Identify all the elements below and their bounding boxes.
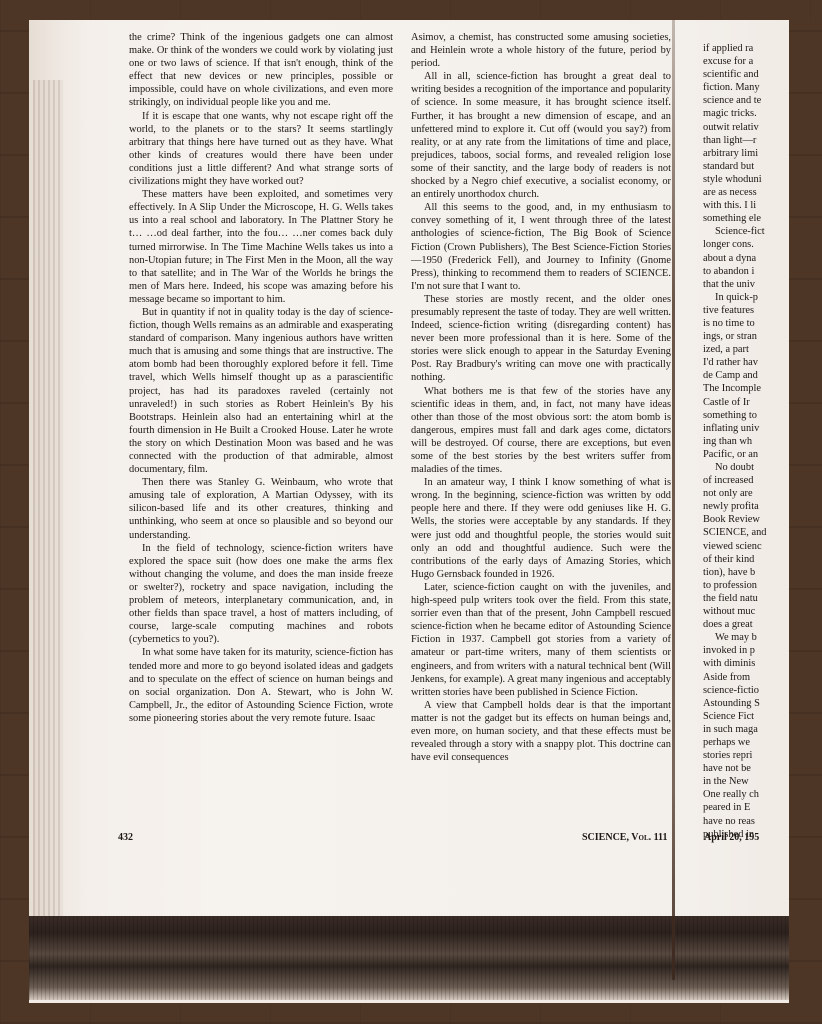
text-line: Pacific, or an <box>703 448 793 461</box>
text-line: that the univ <box>703 278 793 291</box>
text-line: In quick-p <box>703 291 793 304</box>
journal-running-foot: SCIENCE, Vol. 111 <box>582 832 668 843</box>
text-line: magic tricks. <box>703 107 793 120</box>
text-line: about a dyna <box>703 252 793 265</box>
text-line: The Incomple <box>703 382 793 395</box>
text-line: the field natu <box>703 592 793 605</box>
paragraph: What bothers me is that few of the stori… <box>411 385 671 477</box>
paragraph: All in all, science-fiction has brought … <box>411 70 671 201</box>
issue-date: April 20, 195 <box>704 832 759 843</box>
paragraph: Asimov, a chemist, has constructed some … <box>411 31 671 70</box>
paragraph: These matters have been exploited, and s… <box>129 188 393 306</box>
text-line: standard but <box>703 160 793 173</box>
paragraph: the crime? Think of the ingenious gadget… <box>129 31 393 110</box>
text-line: does a great <box>703 618 793 631</box>
paragraph: These stories are mostly recent, and the… <box>411 293 671 385</box>
text-line: not only are <box>703 487 793 500</box>
text-line: outwit relativ <box>703 121 793 134</box>
text-line: peared in E <box>703 801 793 814</box>
text-line: We may b <box>703 631 793 644</box>
paragraph: A view that Campbell holds dear is that … <box>411 699 671 764</box>
paragraph: In the field of technology, science-fict… <box>129 542 393 647</box>
text-line: tive features <box>703 304 793 317</box>
text-line: are as necess <box>703 186 793 199</box>
paragraph: In an amateur way, I think I know someth… <box>411 476 671 581</box>
text-line: de Camp and <box>703 369 793 382</box>
text-line: viewed scienc <box>703 540 793 553</box>
text-line: scientific and <box>703 68 793 81</box>
text-line: ing than wh <box>703 435 793 448</box>
text-line: Astounding S <box>703 697 793 710</box>
text-line: ings, or stran <box>703 330 793 343</box>
text-line: to profession <box>703 579 793 592</box>
text-line: than light—r <box>703 134 793 147</box>
text-line: stories repri <box>703 749 793 762</box>
text-column-right-partial: if applied raexcuse for ascientific andf… <box>703 42 793 841</box>
text-line: longer cons. <box>703 238 793 251</box>
text-column-left: the crime? Think of the ingenious gadget… <box>129 31 393 725</box>
paragraph: In what some have taken for its maturity… <box>129 646 393 725</box>
text-line: in such maga <box>703 723 793 736</box>
text-line: style whoduni <box>703 173 793 186</box>
text-line: Castle of Ir <box>703 396 793 409</box>
page-fold-shadow <box>672 20 675 980</box>
text-line: SCIENCE, and <box>703 526 793 539</box>
paragraph: Then there was Stanley G. Weinbaum, who … <box>129 476 393 541</box>
text-line: science and te <box>703 94 793 107</box>
text-line: without muc <box>703 605 793 618</box>
paragraph: If it is escape that one wants, why not … <box>129 110 393 189</box>
text-line: No doubt <box>703 461 793 474</box>
text-column-middle: Asimov, a chemist, has constructed some … <box>411 31 671 764</box>
text-line: excuse for a <box>703 55 793 68</box>
scan-smudge-band <box>29 916 789 1000</box>
text-line: invoked in p <box>703 644 793 657</box>
text-line: science-fictio <box>703 684 793 697</box>
text-line: fiction. Many <box>703 81 793 94</box>
text-line: Aside from <box>703 671 793 684</box>
binding-gutter-stain <box>33 80 63 916</box>
text-line: in the New <box>703 775 793 788</box>
text-line: something to <box>703 409 793 422</box>
text-line: something ele <box>703 212 793 225</box>
text-line: Science-fict <box>703 225 793 238</box>
paragraph: But in quantity if not in quality today … <box>129 306 393 476</box>
text-line: to abandon i <box>703 265 793 278</box>
text-line: newly profita <box>703 500 793 513</box>
text-line: ized, a part <box>703 343 793 356</box>
text-line: One really ch <box>703 788 793 801</box>
text-line: is no time to <box>703 317 793 330</box>
page-number: 432 <box>118 832 133 843</box>
text-line: inflating univ <box>703 422 793 435</box>
text-line: if applied ra <box>703 42 793 55</box>
text-line: Science Fict <box>703 710 793 723</box>
paragraph: Later, science-fiction caught on with th… <box>411 581 671 699</box>
text-line: of their kind <box>703 553 793 566</box>
paragraph: All this seems to the good, and, in my e… <box>411 201 671 293</box>
text-line: with diminis <box>703 657 793 670</box>
text-line: perhaps we <box>703 736 793 749</box>
text-line: arbitrary limi <box>703 147 793 160</box>
text-line: have not be <box>703 762 793 775</box>
text-line: of increased <box>703 474 793 487</box>
text-line: have no reas <box>703 815 793 828</box>
text-line: Book Review <box>703 513 793 526</box>
text-line: with this. I li <box>703 199 793 212</box>
text-line: tion), have b <box>703 566 793 579</box>
text-line: I'd rather hav <box>703 356 793 369</box>
background-surface <box>789 20 822 1024</box>
